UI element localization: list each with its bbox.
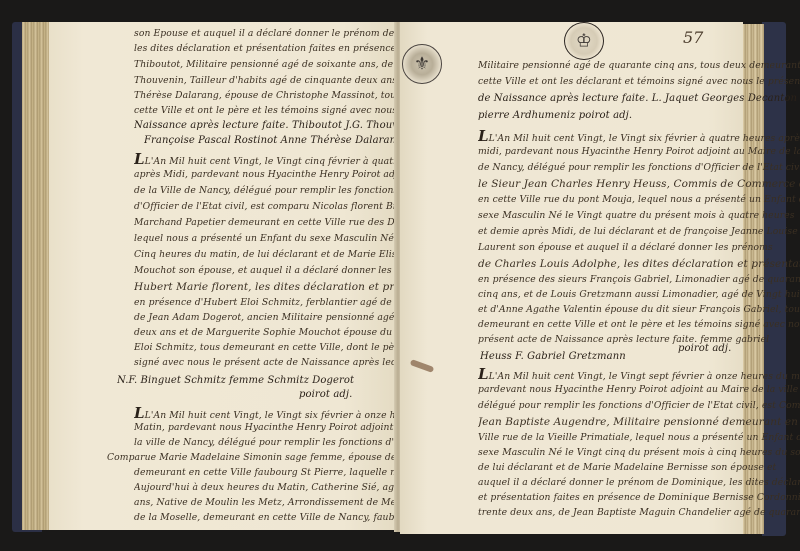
- text-line: Ville rue de la Vieille Primatiale, lequ…: [478, 431, 800, 445]
- text-line: délégué pour remplir les fonctions d'Off…: [478, 399, 800, 413]
- text-line: Mouchot son épouse, et auquel il a décla…: [134, 264, 436, 278]
- crown-seal-icon: ♔: [576, 31, 592, 52]
- scan-background: son Epouse et auquel il a déclaré donner…: [0, 0, 800, 551]
- signature-line: pierre Ardhumeniz poirot adj.: [478, 109, 632, 123]
- text-line: le Sieur Jean Charles Henry Heuss, Commi…: [478, 177, 800, 191]
- officer-signature: poirot adj.: [678, 342, 731, 356]
- text-line: d'Officier de l'Etat civil, est comparu …: [134, 200, 423, 214]
- text-line: cette Ville et ont les déclarant et témo…: [478, 75, 800, 89]
- text-line: demeurant en cette Ville et ont le père …: [478, 318, 800, 332]
- text-line: en cette Ville rue du pont Mouja, lequel…: [478, 193, 800, 207]
- text-line: Militaire pensionné agé de quarante cinq…: [478, 59, 800, 73]
- text-line: et demie après Midi, de lui déclarant et…: [478, 225, 798, 239]
- text-line: de Charles Louis Adolphe, les dites décl…: [478, 257, 800, 271]
- text-line: sexe Masculin Né le Vingt quatre du prés…: [478, 209, 795, 223]
- text-line: Laurent son épouse et auquel il a déclar…: [478, 241, 773, 255]
- text-line: son Epouse et auquel il a déclaré donner…: [134, 27, 435, 41]
- act-opening: LL'An Mil huit cent Vingt, le Vingt cinq…: [134, 152, 438, 169]
- drop-cap: L: [478, 129, 489, 145]
- drop-cap: L: [134, 406, 145, 422]
- text-line: de lui déclarant et de Marie Madelaine B…: [478, 461, 776, 475]
- left-page: son Epouse et auquel il a déclaré donner…: [49, 22, 396, 530]
- page-edges-left: [22, 22, 49, 530]
- text-line: cinq ans, et de Louis Gretzmann aussi Li…: [478, 288, 800, 302]
- crown-seal-stamp: ♔: [564, 22, 604, 60]
- text-line: de Nancy, délégué pour remplir les fonct…: [478, 161, 800, 175]
- text-line: et présentation faites en présence de Do…: [478, 491, 800, 505]
- text-line: midi, pardevant nous Hyacinthe Henry Poi…: [478, 145, 800, 159]
- signatures: Heuss F. Gabriel Gretzmann: [480, 350, 626, 364]
- text-line: et d'Anne Agathe Valentin épouse du dit …: [478, 303, 800, 317]
- folio-number: 57: [683, 28, 703, 47]
- text-line: L'An Mil huit cent Vingt, le Vingt six f…: [489, 133, 800, 144]
- allegorical-figure-stamp: ⚜: [402, 44, 442, 84]
- signatures: N.F. Binguet Schmitz femme Schmitz Doger…: [117, 374, 354, 388]
- drop-cap: L: [134, 152, 145, 168]
- text-line: trente deux ans, de Jean Baptiste Maguin…: [478, 506, 800, 520]
- right-page: Militaire pensionné agé de quarante cinq…: [400, 22, 743, 534]
- text-line: Jean Baptiste Augendre, Militaire pensio…: [478, 415, 800, 429]
- text-line: auquel il a déclaré donner le prénom de …: [478, 476, 800, 490]
- officer-signature: poirot adj.: [299, 388, 352, 402]
- figure-stamp-icon: ⚜: [414, 54, 430, 75]
- text-line: Naissance après lecture faite. Thiboutot…: [134, 119, 420, 133]
- text-line: sexe Masculin Né le Vingt cinq du présen…: [478, 446, 800, 460]
- text-line: en présence des sieurs François Gabriel,…: [478, 273, 800, 287]
- text-line: L'An Mil huit cent Vingt, le Vingt sept …: [489, 371, 800, 382]
- text-line: pardevant nous Hyacinthe Henry Poirot ad…: [478, 383, 800, 397]
- act-opening: LL'An Mil huit cent Vingt, le Vingt sept…: [478, 367, 800, 384]
- drop-cap: L: [478, 367, 489, 383]
- text-line: Cinq heures du matin, de lui déclarant e…: [134, 248, 424, 262]
- text-line: de la Ville de Nancy, délégué pour rempl…: [134, 184, 398, 198]
- act-opening: LL'An Mil huit cent Vingt, le Vingt six …: [478, 129, 800, 146]
- text-line: de Naissance après lecture faite. L. Jaq…: [478, 92, 797, 106]
